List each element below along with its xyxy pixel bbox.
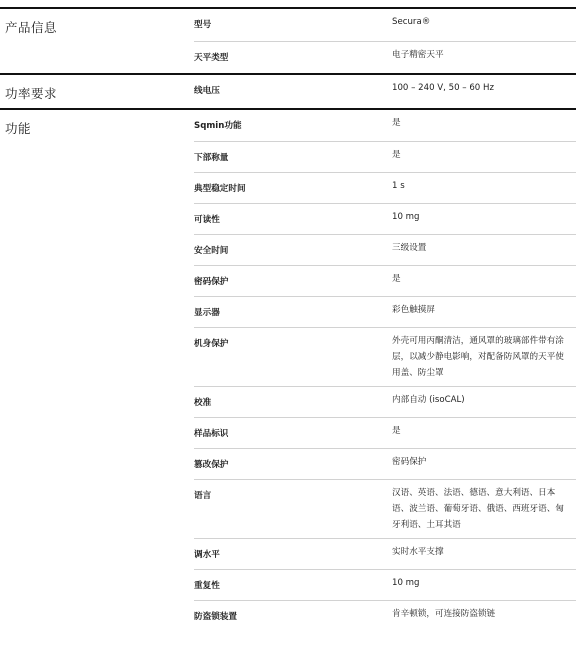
spec-table: 产品信息 型号 Secura® 天平类型 电子精密天平 功率要求 线电压 100…	[0, 7, 576, 631]
section-power: 功率要求 线电压 100 – 240 V, 50 – 60 Hz	[0, 73, 576, 108]
row-value: 是	[392, 266, 576, 296]
table-row: 天平类型 电子精密天平	[194, 41, 576, 73]
row-label: 典型稳定时间	[194, 173, 392, 203]
row-label: 机身保护	[194, 328, 392, 386]
row-label: 安全时间	[194, 235, 392, 265]
section-features: 功能 Sqmin功能是 下部称量是 典型稳定时间1 s 可读性10 mg 安全时…	[0, 108, 576, 631]
table-row: 防盗锁装置肯辛顿锁，可连接防盗锁链	[194, 600, 576, 631]
row-label: 型号	[194, 9, 392, 41]
row-label: 防盗锁装置	[194, 601, 392, 631]
section-title: 功能	[0, 110, 194, 631]
row-label: 天平类型	[194, 42, 392, 73]
row-value: 实时水平支撑	[392, 539, 576, 569]
row-value: 100 – 240 V, 50 – 60 Hz	[392, 75, 576, 108]
row-value: 内部自动 (isoCAL)	[392, 387, 576, 417]
table-row: 语言汉语、英语、法语、德语、意大利语、日本语、波兰语、葡萄牙语、俄语、西班牙语、…	[194, 479, 576, 538]
row-value: 三级设置	[392, 235, 576, 265]
row-value: Secura®	[392, 9, 576, 41]
table-row: Sqmin功能是	[194, 110, 576, 141]
table-row: 线电压 100 – 240 V, 50 – 60 Hz	[194, 75, 576, 108]
table-row: 下部称量是	[194, 141, 576, 172]
row-label: 密码保护	[194, 266, 392, 296]
section-product-info: 产品信息 型号 Secura® 天平类型 电子精密天平	[0, 7, 576, 73]
table-row: 典型稳定时间1 s	[194, 172, 576, 203]
row-value: 1 s	[392, 173, 576, 203]
row-label: 下部称量	[194, 142, 392, 172]
row-value: 10 mg	[392, 204, 576, 234]
row-value: 是	[392, 418, 576, 448]
row-label: 线电压	[194, 75, 392, 108]
row-value: 是	[392, 110, 576, 141]
section-title: 功率要求	[0, 75, 194, 108]
table-row: 校准内部自动 (isoCAL)	[194, 386, 576, 417]
row-label: 语言	[194, 480, 392, 538]
row-value: 10 mg	[392, 570, 576, 600]
table-row: 调水平实时水平支撑	[194, 538, 576, 569]
row-label: 校准	[194, 387, 392, 417]
table-row: 篡改保护密码保护	[194, 448, 576, 479]
table-row: 密码保护是	[194, 265, 576, 296]
row-value: 彩色触摸屏	[392, 297, 576, 327]
row-label: 篡改保护	[194, 449, 392, 479]
row-label: 样品标识	[194, 418, 392, 448]
row-label: 显示器	[194, 297, 392, 327]
table-row: 机身保护外壳可用丙酮清洁，通风罩的玻璃部件带有涂层，以减少静电影响，对配备防风罩…	[194, 327, 576, 386]
row-value: 肯辛顿锁，可连接防盗锁链	[392, 601, 576, 631]
table-row: 安全时间三级设置	[194, 234, 576, 265]
row-label: Sqmin功能	[194, 110, 392, 141]
row-value: 是	[392, 142, 576, 172]
row-value: 外壳可用丙酮清洁，通风罩的玻璃部件带有涂层，以减少静电影响，对配备防风罩的天平使…	[392, 328, 576, 386]
row-label: 重复性	[194, 570, 392, 600]
table-row: 重复性10 mg	[194, 569, 576, 600]
row-label: 调水平	[194, 539, 392, 569]
row-label: 可读性	[194, 204, 392, 234]
row-value: 密码保护	[392, 449, 576, 479]
row-value: 汉语、英语、法语、德语、意大利语、日本语、波兰语、葡萄牙语、俄语、西班牙语、匈牙…	[392, 480, 576, 538]
table-row: 型号 Secura®	[194, 9, 576, 41]
table-row: 显示器彩色触摸屏	[194, 296, 576, 327]
row-value: 电子精密天平	[392, 42, 576, 73]
table-row: 样品标识是	[194, 417, 576, 448]
table-row: 可读性10 mg	[194, 203, 576, 234]
section-title: 产品信息	[0, 9, 194, 73]
